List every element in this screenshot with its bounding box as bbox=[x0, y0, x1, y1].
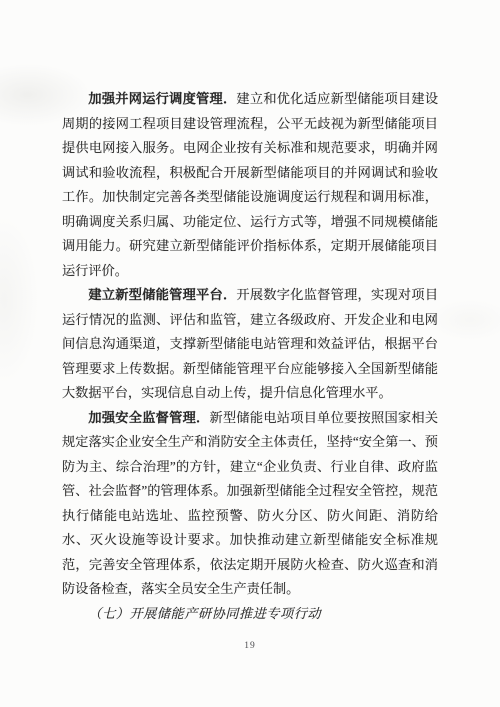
paragraph-text-management-platform: 开展数字化监督管理，实现对项目运行情况的监测、评估和监管，建立各级政府、开发企业… bbox=[62, 287, 438, 400]
paragraph-lead-management-platform: 建立新型储能管理平台． bbox=[88, 287, 236, 302]
paragraph-grid-dispatch-management: 加强并网运行调度管理．建立和优化适应新型储能项目建设周期的接网工程项目建设管理流… bbox=[62, 87, 438, 283]
paragraph-text-safety-supervision: 新型储能电站项目单位要按照国家相关规定落实企业安全生产和消防安全主体责任，坚持“… bbox=[62, 410, 438, 597]
page-number: 19 bbox=[0, 641, 500, 651]
paragraph-management-platform: 建立新型储能管理平台．开展数字化监督管理，实现对项目运行情况的监测、评估和监管，… bbox=[62, 283, 438, 406]
paragraph-lead-safety-supervision: 加强安全监督管理． bbox=[88, 410, 209, 425]
scanned-document-page: 加强并网运行调度管理．建立和优化适应新型储能项目建设周期的接网工程项目建设管理流… bbox=[0, 0, 500, 707]
paragraph-safety-supervision: 加强安全监督管理．新型储能电站项目单位要按照国家相关规定落实企业安全生产和消防安… bbox=[62, 406, 438, 602]
section-heading-seven: （七）开展储能产研协同推进专项行动 bbox=[62, 602, 438, 627]
paragraph-text-grid-dispatch: 建立和优化适应新型储能项目建设周期的接网工程项目建设管理流程，公平无歧视为新型储… bbox=[62, 91, 438, 278]
paragraph-lead-grid-dispatch: 加强并网运行调度管理． bbox=[88, 91, 236, 106]
document-body: 加强并网运行调度管理．建立和优化适应新型储能项目建设周期的接网工程项目建设管理流… bbox=[62, 87, 438, 626]
